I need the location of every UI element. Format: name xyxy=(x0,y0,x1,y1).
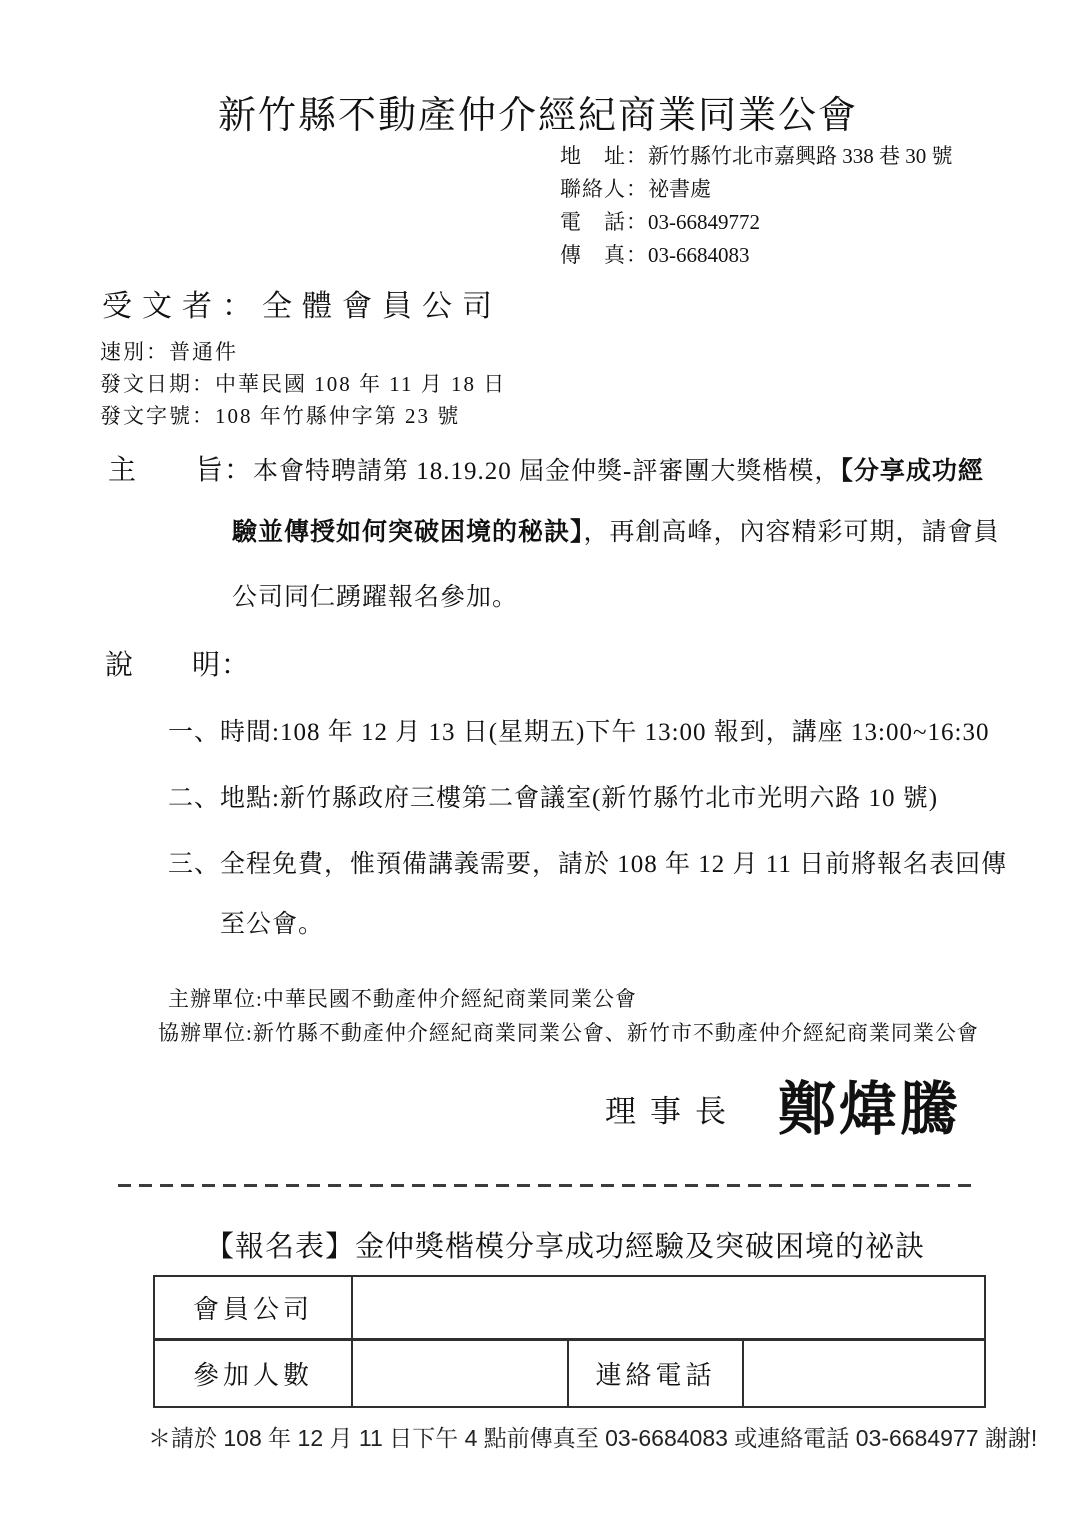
address-label: 地 址： xyxy=(560,144,648,168)
explanation-item-3-continued: 至公會。 xyxy=(220,904,324,940)
subject-line-3: 公司同仁踴躍報名參加。 xyxy=(232,577,518,613)
contact-info-block: 地 址：新竹縣竹北市嘉興路 338 巷 30 號 聯絡人：祕書處 電 話：03-… xyxy=(560,140,953,272)
contact-person-label: 聯絡人： xyxy=(560,177,648,201)
contact-row-fax: 傳 真：03-6684083 xyxy=(560,239,953,272)
explanation-label: 說 明： xyxy=(105,643,250,683)
address-value: 新竹縣竹北市嘉興路 338 巷 30 號 xyxy=(648,144,953,168)
member-company-input-cell xyxy=(353,1277,984,1338)
contact-row-person: 聯絡人：祕書處 xyxy=(560,173,953,206)
explanation-item-3: 三、全程免費，惟預備講義需要，請於 108 年 12 月 11 日前將報名表回傳 xyxy=(168,844,1007,880)
explanation-item-1: 一、時間:108 年 12 月 13 日(星期五)下午 13:00 報到，講座 … xyxy=(168,712,989,748)
contact-row-phone: 電 話：03-66849772 xyxy=(560,206,953,239)
fax-value: 03-6684083 xyxy=(648,243,750,267)
contact-row-address: 地 址：新竹縣竹北市嘉興路 338 巷 30 號 xyxy=(560,140,953,173)
official-letter-page: 新竹縣不動產仲介經紀商業同業公會 地 址：新竹縣竹北市嘉興路 338 巷 30 … xyxy=(0,0,1076,1522)
subject-line1-normal: 本會特聘請第 18.19.20 屆金仲獎-評審團大獎楷模， xyxy=(253,458,840,485)
chairman-name: 鄭煒騰 xyxy=(778,1062,961,1146)
meta-doc-number: 發文字號：108 年竹縣仲字第 23 號 xyxy=(100,400,506,432)
contact-person-value: 祕書處 xyxy=(648,177,711,201)
subject-label: 主 旨： xyxy=(108,455,253,486)
chairman-title: 理事長 xyxy=(605,1086,740,1131)
contact-phone-label-cell: 連絡電話 xyxy=(569,1341,744,1406)
dashed-divider xyxy=(118,1184,976,1187)
subject-line1-bold: 【分享成功經 xyxy=(840,458,984,485)
meta-issue-date: 發文日期：中華民國 108 年 11 月 18 日 xyxy=(100,368,506,400)
table-row-participants-phone: 參加人數 連絡電話 xyxy=(155,1341,984,1406)
subject-line2-normal: ，再創高峰，內容精彩可期，請會員 xyxy=(584,519,1000,546)
subject-line-2: 驗並傳授如何突破困境的秘訣】，再創高峰，內容精彩可期，請會員 xyxy=(232,512,1000,548)
registration-table: 會員公司 參加人數 連絡電話 xyxy=(153,1275,986,1408)
phone-label: 電 話： xyxy=(560,210,648,234)
document-meta-block: 速別：普通件 發文日期：中華民國 108 年 11 月 18 日 發文字號：10… xyxy=(100,336,506,432)
participants-label-cell: 參加人數 xyxy=(155,1341,353,1406)
explanation-item-2: 二、地點:新竹縣政府三樓第二會議室(新竹縣竹北市光明六路 10 號) xyxy=(168,778,938,814)
registration-form-heading: 【報名表】金仲獎楷模分享成功經驗及突破困境的祕訣 xyxy=(205,1224,925,1265)
phone-value: 03-66849772 xyxy=(648,210,760,234)
fax-deadline-footnote: ＊請於 108 年 12 月 11 日下午 4 點前傳真至 03-6684083… xyxy=(148,1420,1037,1453)
host-organizer-line: 主辦單位:中華民國不動產仲介經紀商業同業公會 xyxy=(158,982,979,1016)
subject-line-1: 主 旨：本會特聘請第 18.19.20 屆金仲獎-評審團大獎楷模，【分享成功經 xyxy=(108,448,984,488)
organizers-block: 主辦單位:中華民國不動產仲介經紀商業同業公會 協辦單位:新竹縣不動產仲介經紀商業… xyxy=(158,982,979,1050)
association-title: 新竹縣不動產仲介經紀商業同業公會 xyxy=(0,84,1076,139)
member-company-label-cell: 會員公司 xyxy=(155,1277,353,1338)
recipient-line: 受文者：全體會員公司 xyxy=(102,281,502,325)
table-row-member-company: 會員公司 xyxy=(155,1277,984,1341)
contact-phone-input-cell xyxy=(744,1341,984,1406)
meta-speed-class: 速別：普通件 xyxy=(100,336,506,368)
fax-label: 傳 真： xyxy=(560,243,648,267)
subject-line2-bold: 驗並傳授如何突破困境的秘訣】 xyxy=(232,519,584,546)
co-organizer-line: 協辦單位:新竹縣不動產仲介經紀商業同業公會、新竹市不動產仲介經紀商業同業公會 xyxy=(158,1016,979,1050)
participants-input-cell xyxy=(353,1341,569,1406)
